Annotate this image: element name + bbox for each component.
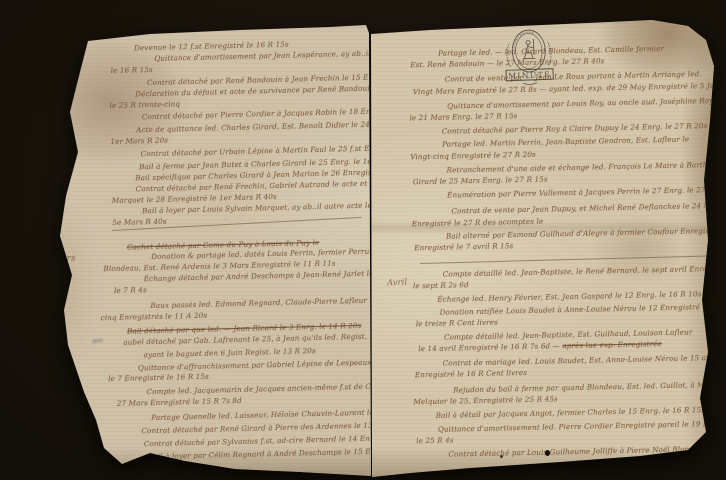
right-page-text-column: Partage le led. — led. Girard Blondeau, … bbox=[424, 42, 721, 460]
ink-blot bbox=[500, 455, 503, 458]
stamp-seated-figure-icon bbox=[522, 39, 535, 58]
stamp-label-text: MINUTE bbox=[508, 70, 551, 80]
margin-note-avril: Avril bbox=[387, 278, 407, 289]
stamp-bottom-ornament-icon bbox=[523, 83, 537, 85]
stamp-outer-oval bbox=[512, 29, 546, 72]
pencil-mark: #### bbox=[92, 337, 103, 345]
archive-photo-background: Mars #### Devenue le 12 f.st Enregistré … bbox=[0, 0, 726, 480]
page-shadow-layer: Mars #### Devenue le 12 f.st Enregistré … bbox=[0, 0, 726, 480]
margin-note-mars: Mars bbox=[52, 254, 76, 265]
ink-blot bbox=[545, 450, 550, 456]
manuscript-line: Contrat détaché par Louis Guilhaume Joll… bbox=[448, 443, 720, 460]
left-page-text-column: Devenue le 12 f.st Enregistré le 16 R 15… bbox=[108, 38, 380, 464]
minute-stamp: CONTROLLE MINUTE bbox=[491, 25, 567, 88]
stamp-ring-text: CONTROLLE bbox=[511, 29, 536, 48]
manuscript-line: Énumération par Pierre Vallement à Jacqu… bbox=[447, 184, 715, 201]
